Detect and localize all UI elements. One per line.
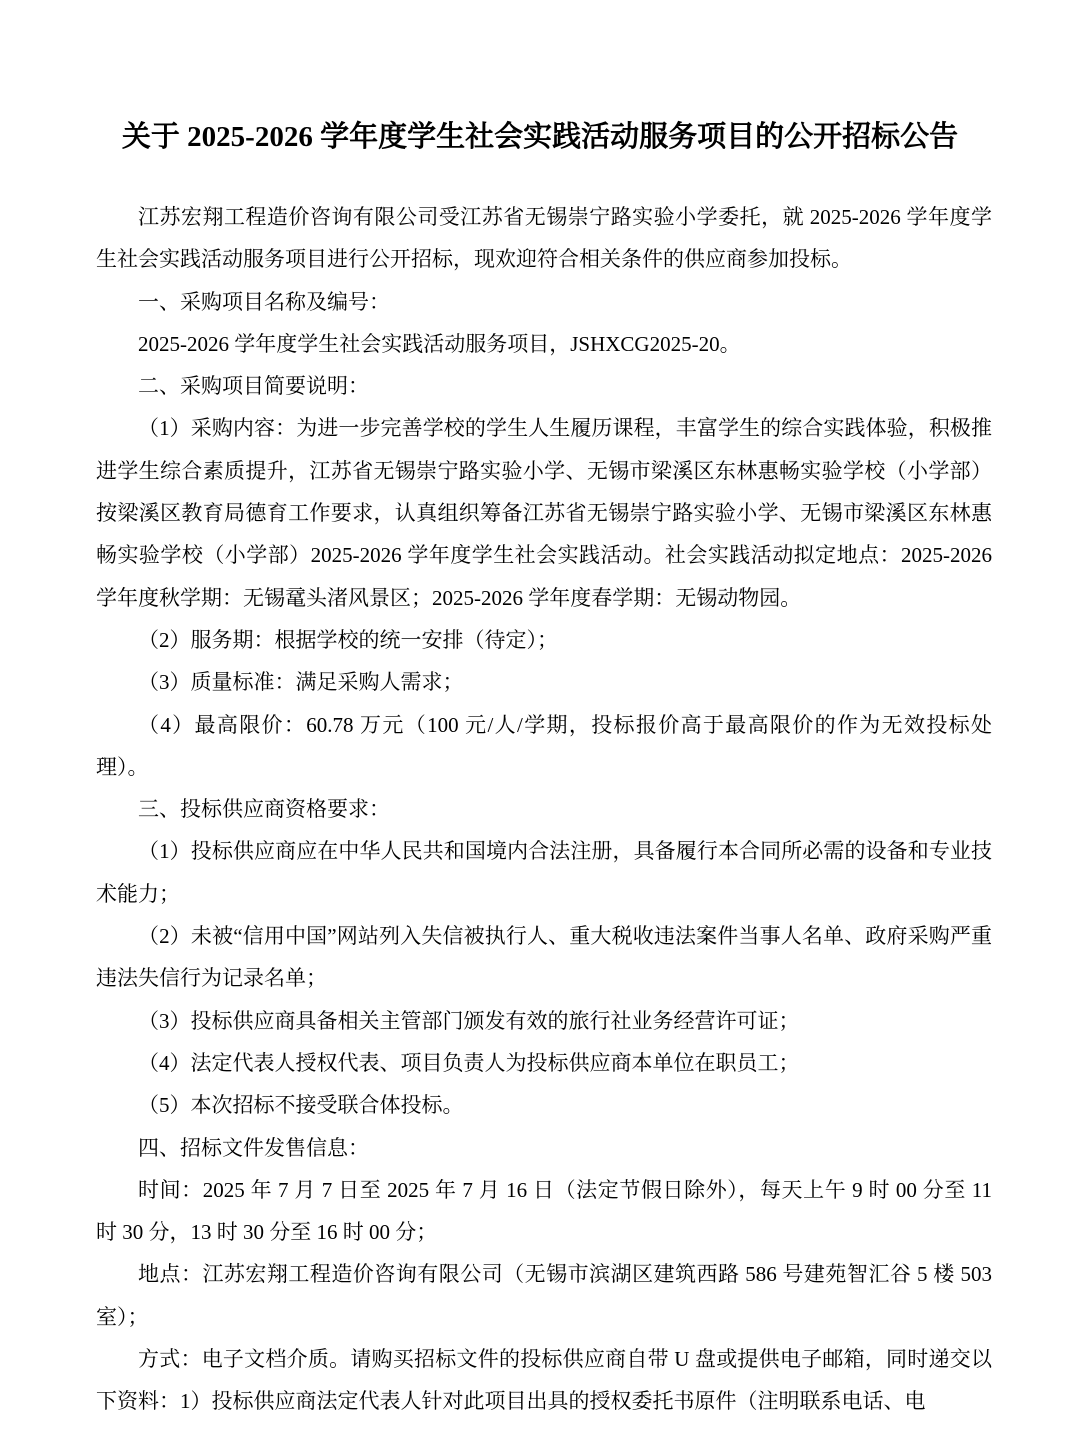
qualification-1: （1）投标供应商应在中华人民共和国境内合法注册，具备履行本合同所必需的设备和专业…	[96, 830, 992, 915]
section-3-heading: 三、投标供应商资格要求：	[96, 788, 992, 830]
sale-time: 时间：2025 年 7 月 7 日至 2025 年 7 月 16 日（法定节假日…	[96, 1169, 992, 1254]
document-title: 关于 2025-2026 学年度学生社会实践活动服务项目的公开招标公告	[70, 115, 1010, 159]
qualification-3: （3）投标供应商具备相关主管部门颁发有效的旅行社业务经营许可证；	[96, 1000, 992, 1042]
project-name-number: 2025-2026 学年度学生社会实践活动服务项目，JSHXCG2025-20。	[96, 323, 992, 365]
document-body: 江苏宏翔工程造价咨询有限公司受江苏省无锡崇宁路实验小学委托，就 2025-202…	[96, 196, 992, 1423]
price-ceiling: （4）最高限价：60.78 万元（100 元/人/学期，投标报价高于最高限价的作…	[96, 704, 992, 789]
section-1-heading: 一、采购项目名称及编号：	[96, 281, 992, 323]
qualification-5: （5）本次招标不接受联合体投标。	[96, 1084, 992, 1126]
section-2-heading: 二、采购项目简要说明：	[96, 365, 992, 407]
section-4-heading: 四、招标文件发售信息：	[96, 1127, 992, 1169]
qualification-2: （2）未被“信用中国”网站列入失信被执行人、重大税收违法案件当事人名单、政府采购…	[96, 915, 992, 1000]
service-period: （2）服务期：根据学校的统一安排（待定）；	[96, 619, 992, 661]
document-page: 关于 2025-2026 学年度学生社会实践活动服务项目的公开招标公告 江苏宏翔…	[0, 0, 1080, 1433]
intro-paragraph: 江苏宏翔工程造价咨询有限公司受江苏省无锡崇宁路实验小学委托，就 2025-202…	[96, 196, 992, 281]
procurement-content: （1）采购内容：为进一步完善学校的学生人生履历课程，丰富学生的综合实践体验，积极…	[96, 407, 992, 618]
qualification-4: （4）法定代表人授权代表、项目负责人为投标供应商本单位在职员工；	[96, 1042, 992, 1084]
quality-standard: （3）质量标准：满足采购人需求；	[96, 661, 992, 703]
sale-method: 方式：电子文档介质。请购买招标文件的投标供应商自带 U 盘或提供电子邮箱，同时递…	[96, 1338, 992, 1423]
sale-location: 地点：江苏宏翔工程造价咨询有限公司（无锡市滨湖区建筑西路 586 号建苑智汇谷 …	[96, 1253, 992, 1338]
